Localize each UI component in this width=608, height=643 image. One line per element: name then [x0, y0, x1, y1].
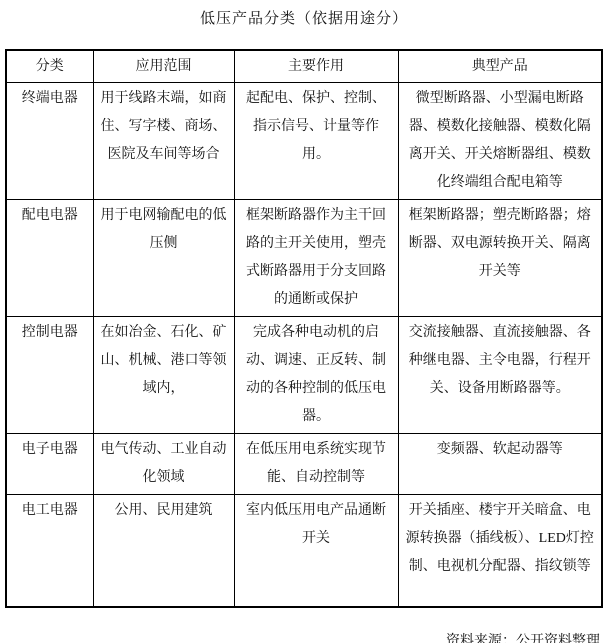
cell-products: 交流接触器、直流接触器、各种继电器、主令电器，行程开关、设备用断路器等。 [398, 317, 602, 434]
cell-products: 开关插座、楼宇开关暗盒、电源转换器（插线板）、LED灯控制、电视机分配器、指纹锁… [398, 495, 602, 607]
table-row: 电工电器 公用、民用建筑 室内低压用电产品通断开关 开关插座、楼宇开关暗盒、电源… [6, 495, 602, 607]
cell-scope: 电气传动、工业自动化领域 [93, 434, 234, 495]
cell-function: 框架断路器作为主干回路的主开关使用，塑壳式断路器用于分支回路的通断或保护 [234, 200, 398, 317]
cell-category: 电子电器 [6, 434, 93, 495]
table-header-row: 分类 应用范围 主要作用 典型产品 [6, 50, 602, 83]
table-row: 电子电器 电气传动、工业自动化领域 在低压用电系统实现节能、自动控制等 变频器、… [6, 434, 602, 495]
column-header-products: 典型产品 [398, 50, 602, 83]
cell-category: 电工电器 [6, 495, 93, 607]
cell-category: 控制电器 [6, 317, 93, 434]
source-note: 资料来源：公开资料整理 [0, 630, 608, 643]
cell-category: 配电电器 [6, 200, 93, 317]
page-title: 低压产品分类（依据用途分） [0, 0, 608, 28]
table-row: 控制电器 在如冶金、石化、矿山、机械、港口等领域内， 完成各种电动机的启动、调速… [6, 317, 602, 434]
cell-category: 终端电器 [6, 83, 93, 200]
cell-function: 室内低压用电产品通断开关 [234, 495, 398, 607]
cell-products: 微型断路器、小型漏电断路器、模数化接触器、模数化隔离开关、开关熔断器组、模数化终… [398, 83, 602, 200]
cell-function: 起配电、保护、控制、指示信号、计量等作用。 [234, 83, 398, 200]
cell-products: 框架断路器；塑壳断路器；熔断器、双电源转换开关、隔离开关等 [398, 200, 602, 317]
column-header-function: 主要作用 [234, 50, 398, 83]
cell-products: 变频器、软起动器等 [398, 434, 602, 495]
column-header-category: 分类 [6, 50, 93, 83]
table-row: 配电电器 用于电网输配电的低压侧 框架断路器作为主干回路的主开关使用，塑壳式断路… [6, 200, 602, 317]
cell-scope: 用于线路末端，如商住、写字楼、商场、医院及车间等场合 [93, 83, 234, 200]
cell-scope: 在如冶金、石化、矿山、机械、港口等领域内， [93, 317, 234, 434]
cell-function: 在低压用电系统实现节能、自动控制等 [234, 434, 398, 495]
classification-table: 分类 应用范围 主要作用 典型产品 终端电器 用于线路末端，如商住、写字楼、商场… [5, 49, 603, 608]
cell-scope: 公用、民用建筑 [93, 495, 234, 607]
cell-scope: 用于电网输配电的低压侧 [93, 200, 234, 317]
document-page: 低压产品分类（依据用途分） 分类 应用范围 主要作用 典型产品 终端电器 用于线… [0, 0, 608, 643]
column-header-scope: 应用范围 [93, 50, 234, 83]
cell-function: 完成各种电动机的启动、调速、正反转、制动的各种控制的低压电器。 [234, 317, 398, 434]
table-row: 终端电器 用于线路末端，如商住、写字楼、商场、医院及车间等场合 起配电、保护、控… [6, 83, 602, 200]
